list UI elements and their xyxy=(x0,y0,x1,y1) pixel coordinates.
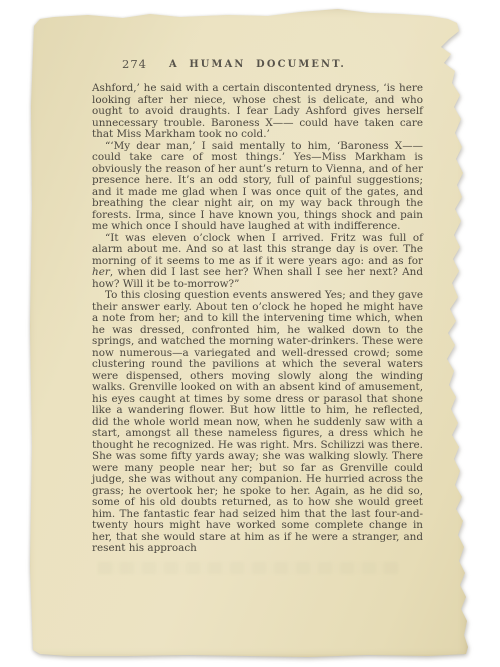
text-run: “It was eleven o’clock when I arrived. F… xyxy=(92,232,423,267)
italic-run: her xyxy=(92,266,110,278)
text-block: Ashford,’ he said with a certain discont… xyxy=(92,83,423,555)
running-header-title: A HUMAN DOCUMENT. xyxy=(92,59,423,70)
paragraph: “It was eleven o’clock when I arrived. F… xyxy=(92,233,423,291)
book-page-scan: 274 A HUMAN DOCUMENT. Ashford,’ he said … xyxy=(0,0,500,667)
text-run: , when did I last see her? When shall I … xyxy=(92,266,423,290)
paragraph: Ashford,’ he said with a certain discont… xyxy=(92,83,423,141)
paragraph: “‘My dear man,’ I said mentally to him, … xyxy=(92,141,423,233)
text-run: “‘My dear man,’ I said mentally to him, … xyxy=(92,140,423,233)
text-run: To this closing question events answered… xyxy=(92,289,423,554)
show-through-smudge xyxy=(98,562,398,574)
text-run: Ashford,’ he said with a certain discont… xyxy=(92,82,423,140)
paper-sheet: 274 A HUMAN DOCUMENT. Ashford,’ he said … xyxy=(28,6,470,658)
paper-shadow: 274 A HUMAN DOCUMENT. Ashford,’ he said … xyxy=(28,6,470,658)
paragraph: To this closing question events answered… xyxy=(92,290,423,555)
